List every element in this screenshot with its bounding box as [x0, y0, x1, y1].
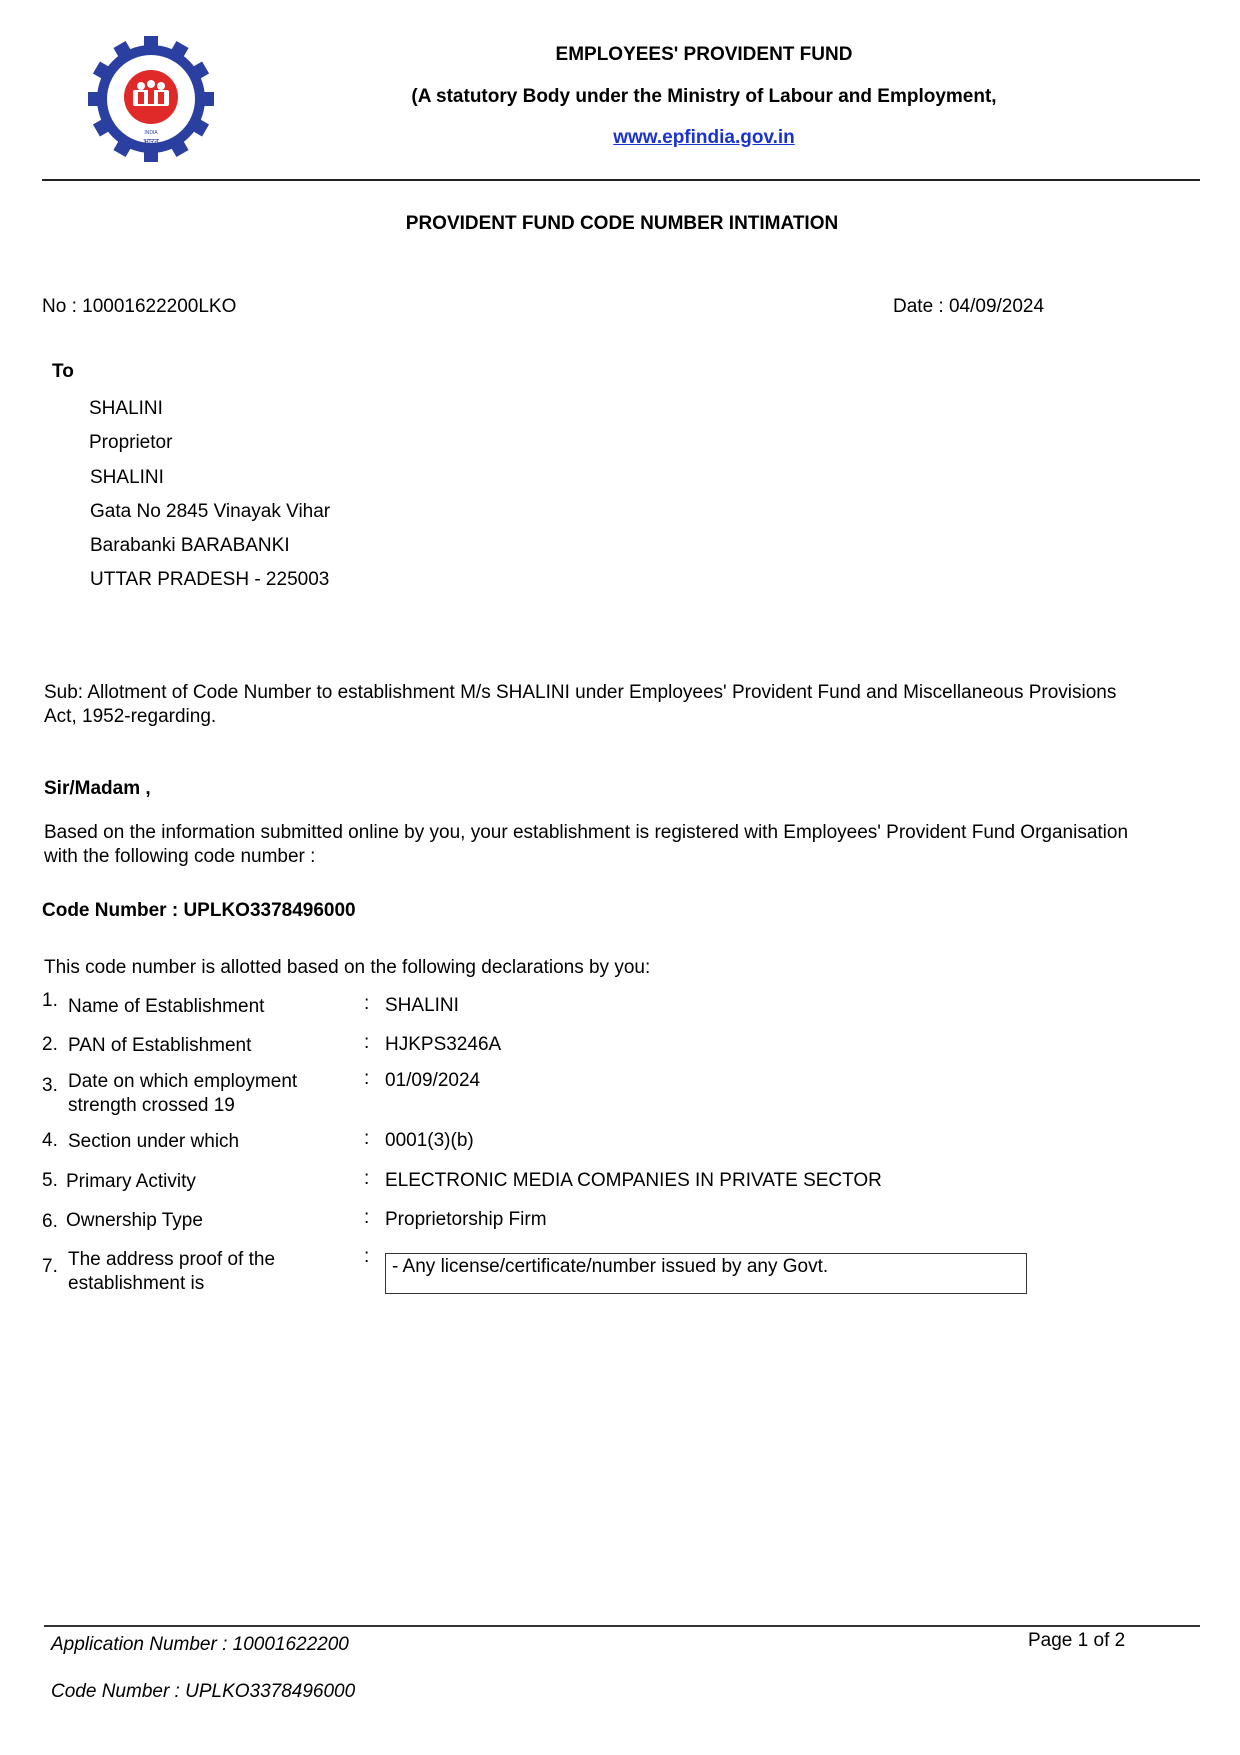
- row-value: 01/09/2024: [385, 1070, 480, 1092]
- reference-number: No : 10001622200LKO: [42, 296, 236, 318]
- org-subtitle: (A statutory Body under the Ministry of …: [0, 86, 1240, 108]
- row-colon: :: [364, 1128, 369, 1150]
- addressee-line: SHALINI: [90, 467, 164, 489]
- footer-divider: [44, 1625, 1200, 1627]
- body-paragraph: Based on the information submitted onlin…: [44, 821, 1154, 869]
- row-value: HJKPS3246A: [385, 1034, 501, 1056]
- row-label: Name of Establishment: [68, 995, 338, 1019]
- row-value: 0001(3)(b): [385, 1130, 474, 1152]
- row-label: PAN of Establishment: [68, 1034, 338, 1058]
- website-link[interactable]: www.epfindia.gov.in: [613, 127, 795, 148]
- row-colon: :: [364, 993, 369, 1015]
- row-number: 1.: [42, 990, 58, 1012]
- document-title-text: PROVIDENT FUND CODE NUMBER INTIMATION: [406, 213, 838, 234]
- subject-line: Sub: Allotment of Code Number to establi…: [44, 681, 1144, 729]
- header-divider: [42, 179, 1200, 181]
- row-label: The address proof of the establishment i…: [68, 1248, 308, 1296]
- org-name: EMPLOYEES' PROVIDENT FUND: [0, 44, 1240, 66]
- document-date: Date : 04/09/2024: [893, 296, 1044, 318]
- code-number: Code Number : UPLKO3378496000: [42, 900, 356, 922]
- row-number: 3.: [42, 1075, 58, 1097]
- to-label: To: [52, 361, 74, 383]
- row-colon: :: [364, 1068, 369, 1090]
- row-colon: :: [364, 1246, 369, 1268]
- row-colon: :: [364, 1207, 369, 1229]
- row-number: 2.: [42, 1034, 58, 1056]
- addressee-line: Gata No 2845 Vinayak Vihar: [90, 501, 330, 523]
- row-value: Proprietorship Firm: [385, 1209, 547, 1231]
- row-value: SHALINI: [385, 995, 459, 1017]
- row-label: Ownership Type: [66, 1209, 336, 1233]
- addressee-line: SHALINI: [89, 398, 163, 420]
- footer-application-number: Application Number : 10001622200: [51, 1634, 349, 1656]
- page-indicator: Page 1 of 2: [1028, 1630, 1125, 1652]
- document-title: PROVIDENT FUND CODE NUMBER INTIMATION: [0, 213, 1240, 235]
- addressee-line: UTTAR PRADESH - 225003: [90, 569, 329, 591]
- row-number: 5.: [42, 1170, 58, 1192]
- row-colon: :: [364, 1168, 369, 1190]
- website-link-container: www.epfindia.gov.in: [0, 127, 1240, 149]
- row-number: 4.: [42, 1130, 58, 1152]
- footer-code-number: Code Number : UPLKO3378496000: [51, 1681, 355, 1703]
- row-label: Section under which: [68, 1130, 338, 1154]
- row-number: 6.: [42, 1211, 58, 1233]
- row-label: Date on which employment strength crosse…: [68, 1070, 338, 1118]
- row-number: 7.: [42, 1256, 58, 1278]
- addressee-line: Proprietor: [89, 432, 172, 454]
- row-value: ELECTRONIC MEDIA COMPANIES IN PRIVATE SE…: [385, 1170, 882, 1192]
- salutation: Sir/Madam ,: [44, 778, 151, 800]
- addressee-line: Barabanki BARABANKI: [90, 535, 290, 557]
- row-label: Primary Activity: [66, 1170, 336, 1194]
- address-proof-value: - Any license/certificate/number issued …: [392, 1256, 828, 1278]
- row-colon: :: [364, 1032, 369, 1054]
- declarations-intro: This code number is allotted based on th…: [44, 957, 650, 979]
